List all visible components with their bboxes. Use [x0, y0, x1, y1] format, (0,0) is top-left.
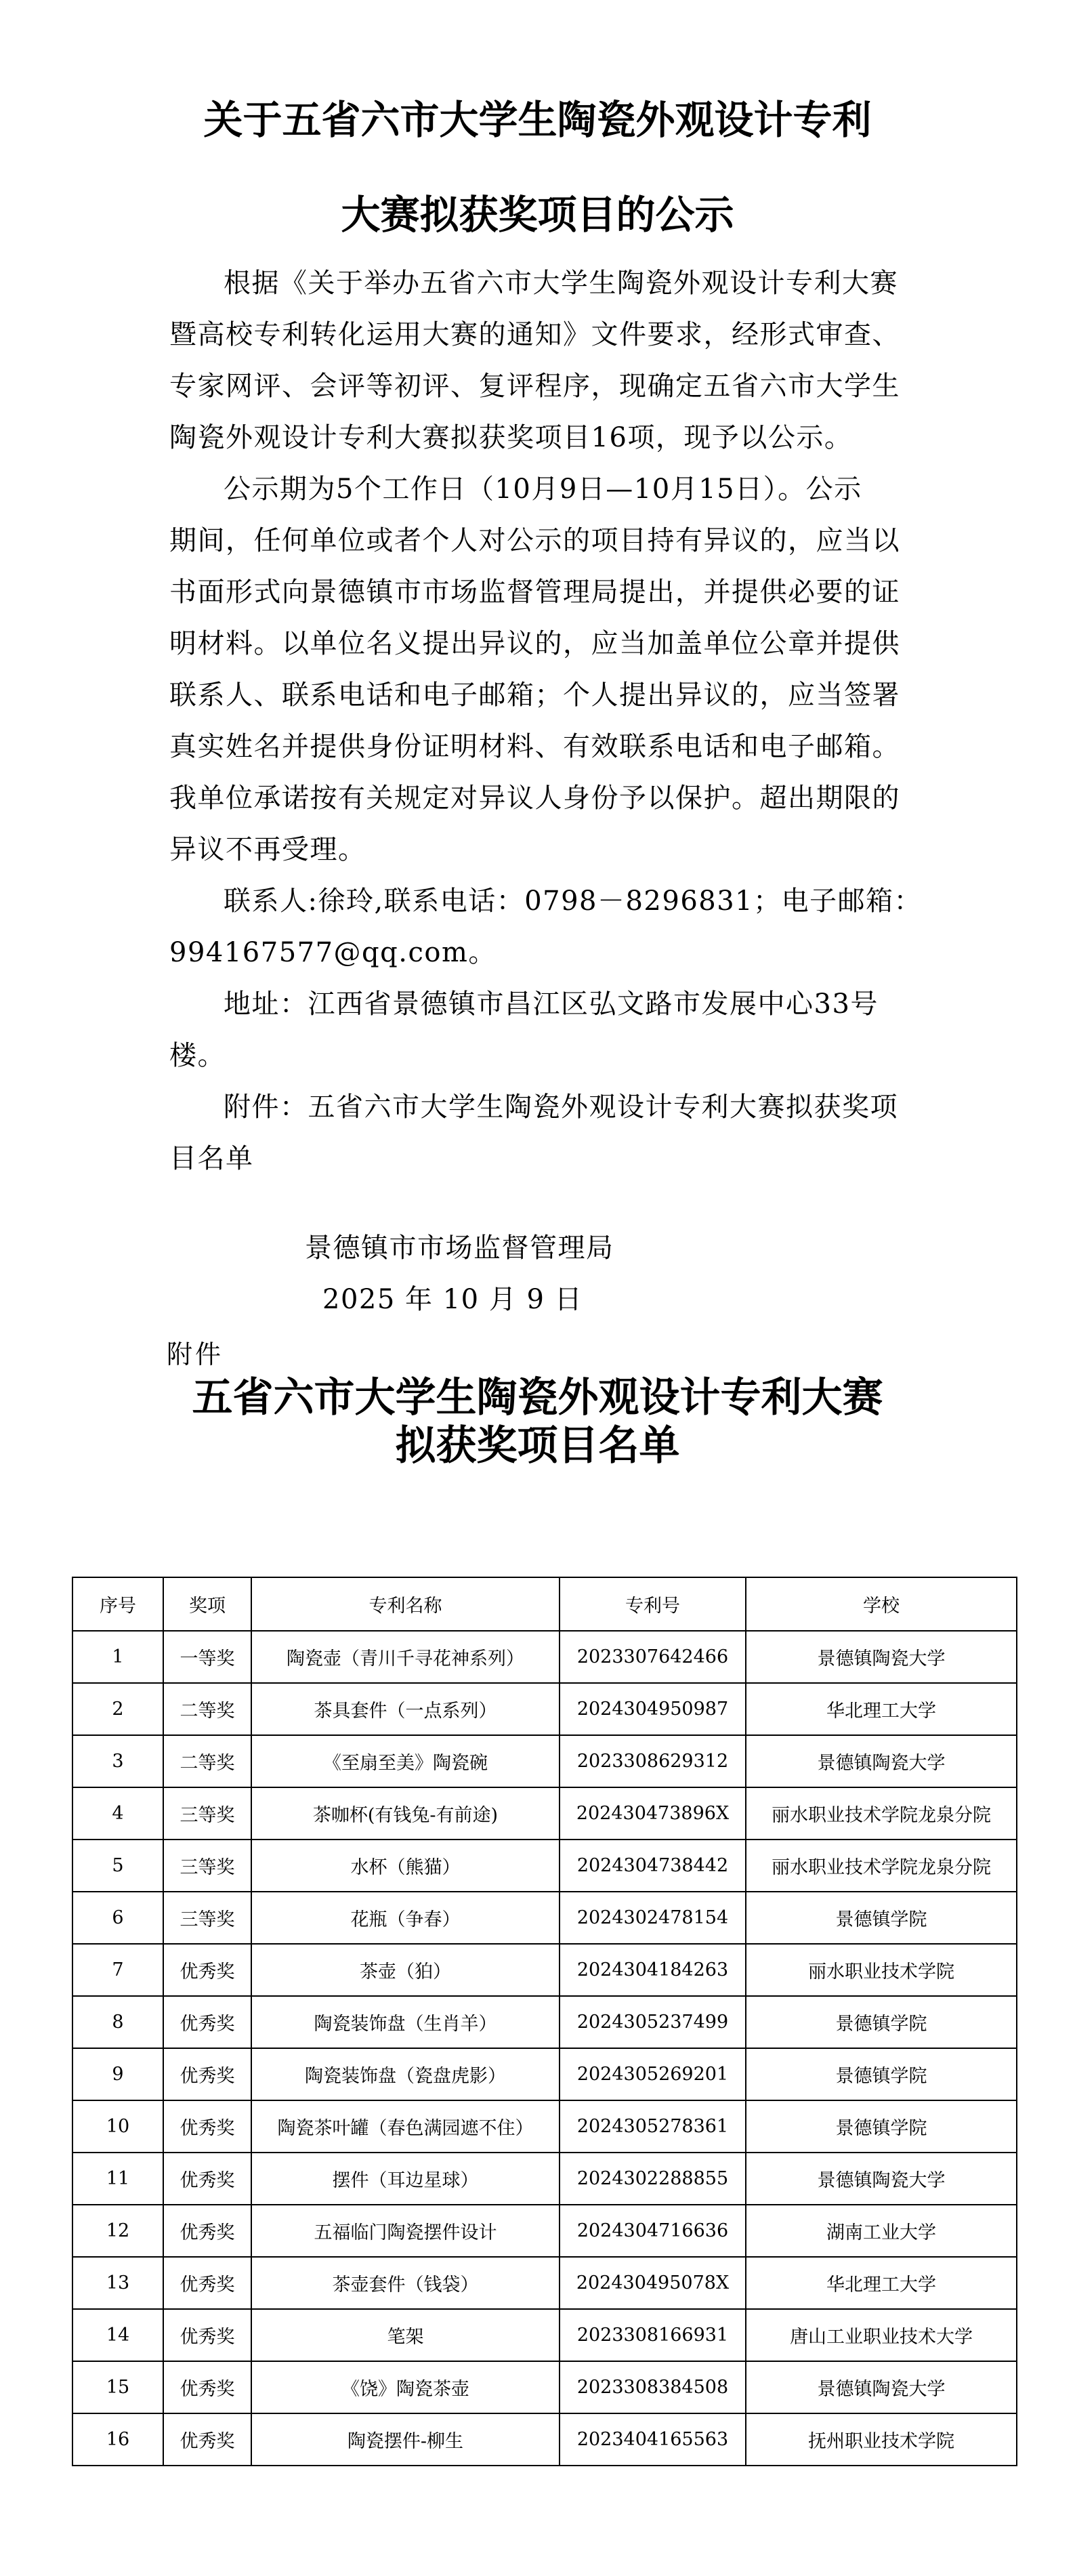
cell-patent-name: 茶壶（狛） — [251, 1944, 560, 1996]
cell-patent-number: 202430473896X — [560, 1787, 746, 1840]
cell-school: 华北理工大学 — [746, 1683, 1017, 1735]
paragraph-line: 异议不再受理。 — [169, 824, 914, 875]
cell-patent-number: 2024305269201 — [560, 2048, 746, 2100]
cell-index: 14 — [72, 2309, 163, 2361]
cell-patent-name: 陶瓷壶（青川千寻花神系列） — [251, 1631, 560, 1683]
notice-title-line-1: 关于五省六市大学生陶瓷外观设计专利 — [0, 100, 1075, 140]
cell-index: 6 — [72, 1892, 163, 1944]
cell-patent-number: 2024302478154 — [560, 1892, 746, 1944]
paragraph-line: 真实姓名并提供身份证明材料、有效联系电话和电子邮箱。 — [169, 721, 914, 772]
table-row: 15 优秀奖 《饶》陶瓷茶壶 2023308384508 景德镇陶瓷大学 — [72, 2361, 1017, 2413]
table-row: 9 优秀奖 陶瓷装饰盘（瓷盘虎影） 2024305269201 景德镇学院 — [72, 2048, 1017, 2100]
cell-school: 唐山工业职业技术大学 — [746, 2309, 1017, 2361]
table-row: 3 二等奖 《至扇至美》陶瓷碗 2023308629312 景德镇陶瓷大学 — [72, 1735, 1017, 1787]
cell-index: 11 — [72, 2153, 163, 2205]
table-row: 2 二等奖 茶具套件（一点系列） 2024304950987 华北理工大学 — [72, 1683, 1017, 1735]
cell-index: 7 — [72, 1944, 163, 1996]
cell-award: 优秀奖 — [163, 2413, 251, 2466]
cell-award: 优秀奖 — [163, 1996, 251, 2048]
cell-index: 16 — [72, 2413, 163, 2466]
cell-index: 12 — [72, 2205, 163, 2257]
cell-school: 景德镇陶瓷大学 — [746, 2153, 1017, 2205]
cell-patent-name: 茶壶套件（钱袋） — [251, 2257, 560, 2309]
table-header-row: 序号 奖项 专利名称 专利号 学校 — [72, 1577, 1017, 1631]
cell-award: 优秀奖 — [163, 2048, 251, 2100]
header-patent-name: 专利名称 — [251, 1577, 560, 1631]
paragraph-line: 专家网评、会评等初评、复评程序，现确定五省六市大学生 — [169, 360, 914, 412]
cell-index: 13 — [72, 2257, 163, 2309]
cell-patent-number: 2024304716636 — [560, 2205, 746, 2257]
cell-school: 景德镇陶瓷大学 — [746, 1631, 1017, 1683]
table-row: 11 优秀奖 摆件（耳边星球） 2024302288855 景德镇陶瓷大学 — [72, 2153, 1017, 2205]
cell-award: 优秀奖 — [163, 2361, 251, 2413]
cell-school: 丽水职业技术学院龙泉分院 — [746, 1840, 1017, 1892]
notice-title-line-2: 大赛拟获奖项目的公示 — [0, 195, 1075, 234]
cell-index: 5 — [72, 1840, 163, 1892]
contact-line: 联系人:徐玲,联系电话：0798－8296831；电子邮箱： — [169, 875, 914, 927]
table-row: 12 优秀奖 五福临门陶瓷摆件设计 2024304716636 湖南工业大学 — [72, 2205, 1017, 2257]
cell-patent-name: 陶瓷摆件-柳生 — [251, 2413, 560, 2466]
cell-award: 一等奖 — [163, 1631, 251, 1683]
notice-paragraph-attachment: 附件：五省六市大学生陶瓷外观设计专利大赛拟获奖项 目名单 — [169, 1081, 914, 1184]
paragraph-line: 期间，任何单位或者个人对公示的项目持有异议的，应当以 — [169, 515, 914, 566]
attachment-label: 附件 — [167, 1333, 224, 1371]
cell-index: 2 — [72, 1683, 163, 1735]
cell-patent-number: 2024304950987 — [560, 1683, 746, 1735]
cell-award: 优秀奖 — [163, 2153, 251, 2205]
cell-award: 优秀奖 — [163, 2100, 251, 2153]
table-row: 4 三等奖 茶咖杯(有钱兔-有前途) 202430473896X 丽水职业技术学… — [72, 1787, 1017, 1840]
notice-paragraph-address: 地址：江西省景德镇市昌江区弘文路市发展中心33号 楼。 — [169, 978, 914, 1081]
cell-patent-number: 2023308384508 — [560, 2361, 746, 2413]
header-school: 学校 — [746, 1577, 1017, 1631]
cell-patent-name: 笔架 — [251, 2309, 560, 2361]
cell-index: 9 — [72, 2048, 163, 2100]
cell-patent-name: 茶咖杯(有钱兔-有前途) — [251, 1787, 560, 1840]
cell-school: 景德镇学院 — [746, 1892, 1017, 1944]
cell-patent-name: 摆件（耳边星球） — [251, 2153, 560, 2205]
cell-school: 华北理工大学 — [746, 2257, 1017, 2309]
notice-paragraph-basis: 根据《关于举办五省六市大学生陶瓷外观设计专利大赛 暨高校专利转化运用大赛的通知》… — [169, 257, 914, 463]
cell-patent-number: 2024305278361 — [560, 2100, 746, 2153]
cell-index: 8 — [72, 1996, 163, 2048]
cell-patent-number: 2023404165563 — [560, 2413, 746, 2466]
cell-patent-name: 陶瓷茶叶罐（春色满园遮不住） — [251, 2100, 560, 2153]
cell-patent-number: 2024305237499 — [560, 1996, 746, 2048]
table-row: 10 优秀奖 陶瓷茶叶罐（春色满园遮不住） 2024305278361 景德镇学… — [72, 2100, 1017, 2153]
paragraph-line: 公示期为5个工作日（10月9日—10月15日）。公示 — [169, 463, 914, 515]
cell-award: 优秀奖 — [163, 2205, 251, 2257]
paragraph-line: 我单位承诺按有关规定对异议人身份予以保护。超出期限的 — [169, 772, 914, 824]
cell-patent-number: 2024304184263 — [560, 1944, 746, 1996]
attachment-title-line-1: 五省六市大学生陶瓷外观设计专利大赛 — [0, 1377, 1075, 1418]
table-row: 5 三等奖 水杯（熊猫） 2024304738442 丽水职业技术学院龙泉分院 — [72, 1840, 1017, 1892]
notice-paragraph-period: 公示期为5个工作日（10月9日—10月15日）。公示 期间，任何单位或者个人对公… — [169, 463, 914, 875]
attachment-ref-line: 目名单 — [169, 1133, 914, 1184]
cell-school: 景德镇陶瓷大学 — [746, 1735, 1017, 1787]
cell-award: 三等奖 — [163, 1892, 251, 1944]
cell-patent-name: 《饶》陶瓷茶壶 — [251, 2361, 560, 2413]
cell-patent-name: 水杯（熊猫） — [251, 1840, 560, 1892]
cell-patent-number: 2024304738442 — [560, 1840, 746, 1892]
table-row: 1 一等奖 陶瓷壶（青川千寻花神系列） 2023307642466 景德镇陶瓷大… — [72, 1631, 1017, 1683]
cell-patent-name: 陶瓷装饰盘（生肖羊） — [251, 1996, 560, 2048]
cell-school: 景德镇学院 — [746, 1996, 1017, 2048]
paragraph-line: 陶瓷外观设计专利大赛拟获奖项目16项，现予以公示。 — [169, 412, 914, 463]
paragraph-line: 暨高校专利转化运用大赛的通知》文件要求，经形式审查、 — [169, 309, 914, 360]
table-row: 16 优秀奖 陶瓷摆件-柳生 2023404165563 抚州职业技术学院 — [72, 2413, 1017, 2466]
paragraph-line: 明材料。以单位名义提出异议的，应当加盖单位公章并提供 — [169, 618, 914, 669]
cell-award: 二等奖 — [163, 1683, 251, 1735]
header-award: 奖项 — [163, 1577, 251, 1631]
cell-award: 优秀奖 — [163, 1944, 251, 1996]
cell-patent-number: 2023307642466 — [560, 1631, 746, 1683]
cell-patent-name: 花瓶（争春） — [251, 1892, 560, 1944]
cell-school: 抚州职业技术学院 — [746, 2413, 1017, 2466]
table-row: 7 优秀奖 茶壶（狛） 2024304184263 丽水职业技术学院 — [72, 1944, 1017, 1996]
cell-patent-number: 2023308629312 — [560, 1735, 746, 1787]
cell-school: 丽水职业技术学院 — [746, 1944, 1017, 1996]
cell-award: 优秀奖 — [163, 2309, 251, 2361]
header-patent-number: 专利号 — [560, 1577, 746, 1631]
cell-patent-name: 茶具套件（一点系列） — [251, 1683, 560, 1735]
cell-school: 景德镇学院 — [746, 2048, 1017, 2100]
cell-index: 4 — [72, 1787, 163, 1840]
cell-patent-number: 202430495078X — [560, 2257, 746, 2309]
attachment-ref-line: 附件：五省六市大学生陶瓷外观设计专利大赛拟获奖项 — [169, 1081, 914, 1133]
table-row: 6 三等奖 花瓶（争春） 2024302478154 景德镇学院 — [72, 1892, 1017, 1944]
cell-patent-name: 五福临门陶瓷摆件设计 — [251, 2205, 560, 2257]
cell-index: 3 — [72, 1735, 163, 1787]
table-row: 13 优秀奖 茶壶套件（钱袋） 202430495078X 华北理工大学 — [72, 2257, 1017, 2309]
notice-paragraph-contact: 联系人:徐玲,联系电话：0798－8296831；电子邮箱： 994167577… — [169, 875, 914, 978]
awards-table: 序号 奖项 专利名称 专利号 学校 1 一等奖 陶瓷壶（青川千寻花神系列） 20… — [72, 1577, 1017, 2466]
cell-award: 二等奖 — [163, 1735, 251, 1787]
cell-index: 1 — [72, 1631, 163, 1683]
signature-date: 2025 年 10 月 9 日 — [322, 1286, 583, 1313]
cell-school: 湖南工业大学 — [746, 2205, 1017, 2257]
cell-award: 优秀奖 — [163, 2257, 251, 2309]
attachment-title-line-2: 拟获奖项目名单 — [0, 1426, 1075, 1466]
cell-award: 三等奖 — [163, 1787, 251, 1840]
cell-school: 丽水职业技术学院龙泉分院 — [746, 1787, 1017, 1840]
cell-school: 景德镇陶瓷大学 — [746, 2361, 1017, 2413]
cell-patent-name: 《至扇至美》陶瓷碗 — [251, 1735, 560, 1787]
cell-patent-number: 2023308166931 — [560, 2309, 746, 2361]
cell-patent-number: 2024302288855 — [560, 2153, 746, 2205]
signature-organization: 景德镇市市场监督管理局 — [305, 1234, 614, 1262]
cell-school: 景德镇学院 — [746, 2100, 1017, 2153]
paragraph-line: 联系人、联系电话和电子邮箱；个人提出异议的，应当签署 — [169, 669, 914, 721]
paragraph-line: 书面形式向景德镇市市场监督管理局提出，并提供必要的证 — [169, 566, 914, 618]
contact-email: 994167577@qq.com。 — [169, 927, 914, 978]
address-line: 楼。 — [169, 1030, 914, 1081]
cell-index: 15 — [72, 2361, 163, 2413]
table-row: 14 优秀奖 笔架 2023308166931 唐山工业职业技术大学 — [72, 2309, 1017, 2361]
address-line: 地址：江西省景德镇市昌江区弘文路市发展中心33号 — [169, 978, 914, 1030]
cell-patent-name: 陶瓷装饰盘（瓷盘虎影） — [251, 2048, 560, 2100]
cell-award: 三等奖 — [163, 1840, 251, 1892]
paragraph-line: 根据《关于举办五省六市大学生陶瓷外观设计专利大赛 — [169, 257, 914, 309]
cell-index: 10 — [72, 2100, 163, 2153]
header-index: 序号 — [72, 1577, 163, 1631]
table-row: 8 优秀奖 陶瓷装饰盘（生肖羊） 2024305237499 景德镇学院 — [72, 1996, 1017, 2048]
